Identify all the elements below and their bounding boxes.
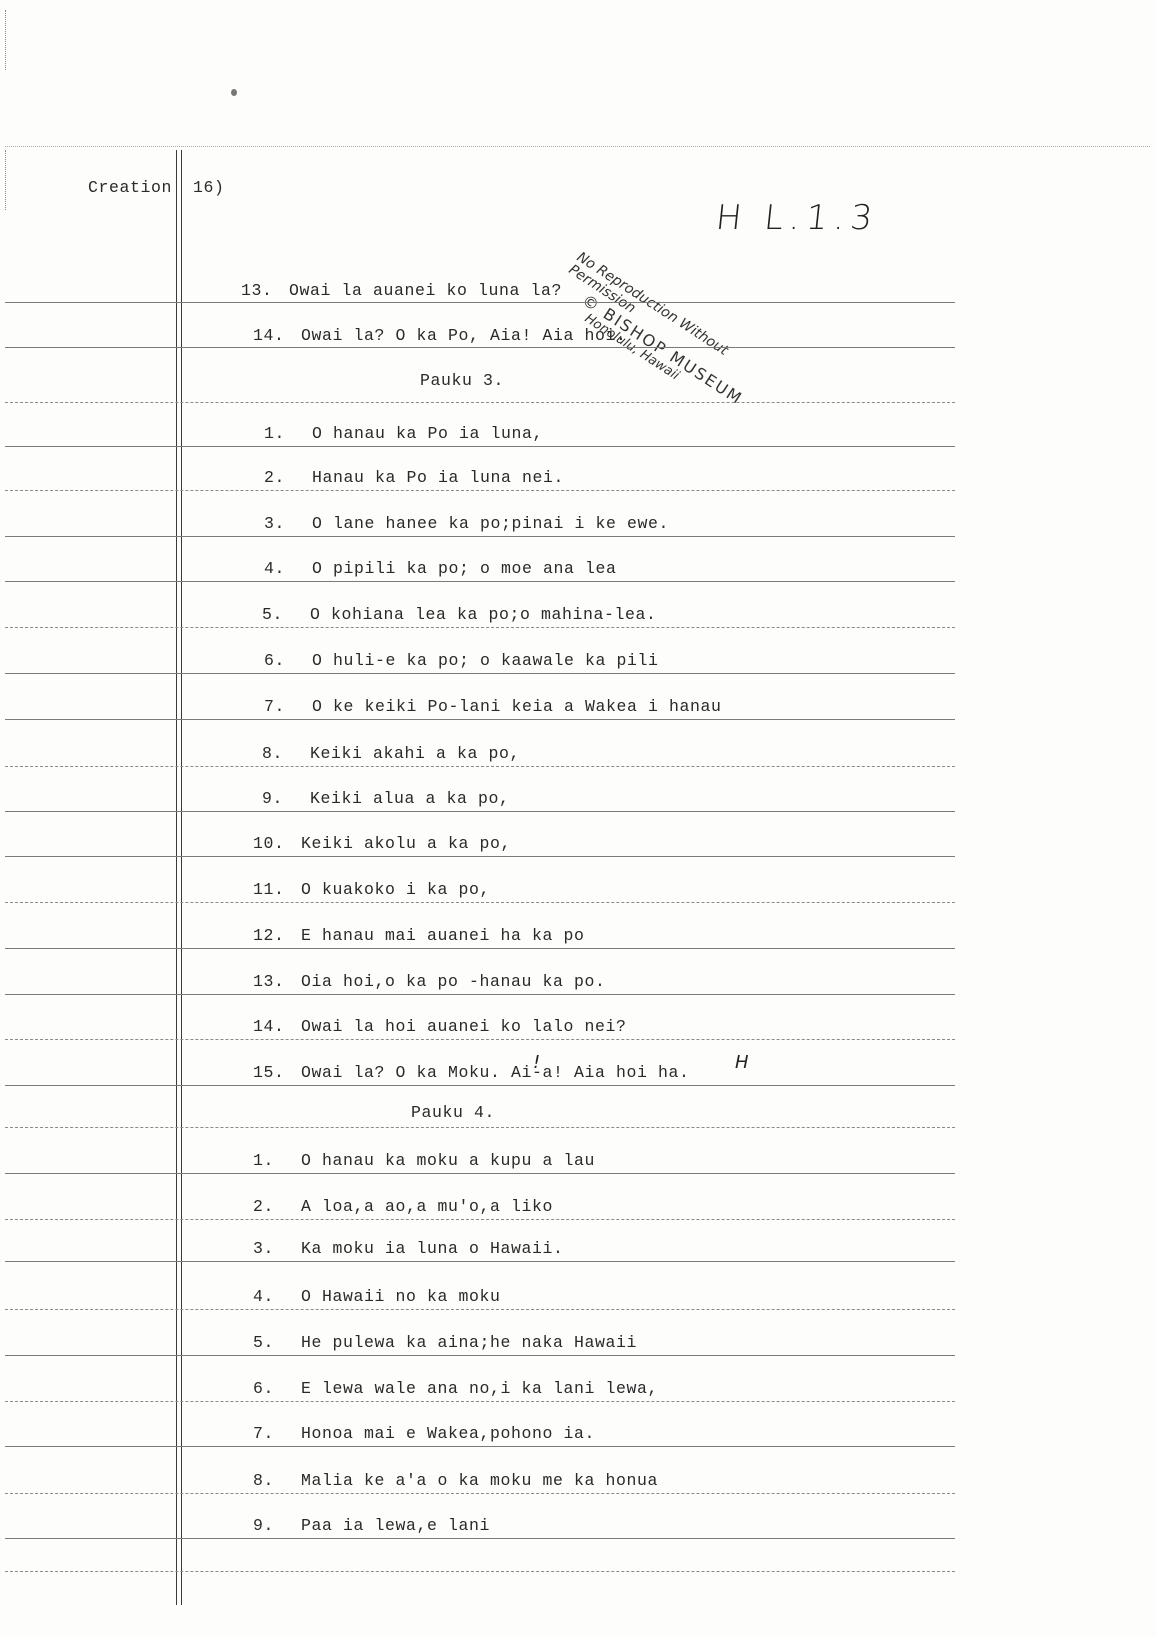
ruled-line [5,490,955,491]
line-number: 3. [253,1239,301,1258]
line-text: Owai la? O ka Po, Aia! Aia hoi. [301,326,627,345]
verse-line: 7.O ke keiki Po-lani keia a Wakea i hana… [264,697,722,716]
line-number: 8. [262,744,310,763]
line-number: 1. [264,424,312,443]
line-text: E lewa wale ana no,i ka lani lewa, [301,1379,658,1398]
verse-line: 2.Hanau ka Po ia luna nei. [264,468,564,487]
ruled-line [5,1538,955,1539]
line-number: 6. [253,1379,301,1398]
ruled-line [5,856,955,857]
ruled-line [5,1261,955,1262]
verse-line: 1.O hanau ka moku a kupu a lau [253,1151,595,1170]
line-text: Owai la? O ka Moku. Ai-a! Aia hoi ha. [301,1063,690,1082]
ruled-line [5,1039,955,1040]
section-title: Pauku 4. [411,1103,495,1122]
verse-line: 2.A loa,a ao,a mu'o,a liko [253,1197,553,1216]
verse-line: 13.Oia hoi,o ka po -hanau ka po. [253,972,606,991]
line-number: 12. [253,926,301,945]
line-text: Ka moku ia luna o Hawaii. [301,1239,564,1258]
ruled-line [5,1085,955,1086]
line-text: O lane hanee ka po;pinai i ke ewe. [312,514,669,533]
line-number: 2. [253,1197,301,1216]
handwritten-reference: H L.1.3 [714,198,880,238]
verse-line: 6.E lewa wale ana no,i ka lani lewa, [253,1379,658,1398]
line-number: 13. [253,972,301,991]
margin-line [176,150,177,1605]
ruled-line [5,302,955,303]
verse-line: 4.O pipili ka po; o moe ana lea [264,559,617,578]
line-text: O hanau ka Po ia luna, [312,424,543,443]
line-number: 15. [253,1063,301,1082]
line-number: 3. [264,514,312,533]
verse-line: 1.O hanau ka Po ia luna, [264,424,543,443]
line-number: 9. [253,1516,301,1535]
line-number: 7. [253,1424,301,1443]
line-text: O kuakoko i ka po, [301,880,490,899]
line-text: O ke keiki Po-lani keia a Wakea i hanau [312,697,722,716]
line-number: 6. [264,651,312,670]
verse-line: 10.Keiki akolu a ka po, [253,834,511,853]
ruled-line [5,581,955,582]
verse-line: 5.He pulewa ka aina;he naka Hawaii [253,1333,637,1352]
line-text: Malia ke a'a o ka moku me ka honua [301,1471,658,1490]
line-number: 7. [264,697,312,716]
verse-line: 15.Owai la? O ka Moku. Ai-a! Aia hoi ha. [253,1063,690,1082]
line-number: 5. [262,605,310,624]
line-text: Paa ia lewa,e lani [301,1516,490,1535]
line-number: 10. [253,834,301,853]
document-page: Creation 16) H L.1.3 No Reproduction Wit… [0,0,1156,1637]
handwritten-exclaim: ! [533,1052,540,1073]
ruled-line [5,536,955,537]
ruled-line [5,1309,955,1310]
line-text: Oia hoi,o ka po -hanau ka po. [301,972,606,991]
line-text: O pipili ka po; o moe ana lea [312,559,617,578]
ruled-line [5,673,955,674]
scan-edge [5,10,7,70]
verse-line: 8.Keiki akahi a ka po, [262,744,520,763]
ruled-line [5,1173,955,1174]
ruled-line [5,1219,955,1220]
ruled-line [5,1401,955,1402]
line-text: Owai la hoi auanei ko lalo nei? [301,1017,627,1036]
line-text: A loa,a ao,a mu'o,a liko [301,1197,553,1216]
verse-line: 14.Owai la hoi auanei ko lalo nei? [253,1017,627,1036]
ruled-line [5,627,955,628]
ruled-line [5,719,955,720]
ruled-line [5,1355,955,1356]
line-text: O Hawaii no ka moku [301,1287,501,1306]
verse-line: 13.Owai la auanei ko luna la? [241,281,562,300]
top-rule [5,146,1150,147]
verse-line: 11.O kuakoko i ka po, [253,880,490,899]
verse-line: 6.O huli-e ka po; o kaawale ka pili [264,651,659,670]
line-number: 1. [253,1151,301,1170]
ruled-line [5,948,955,949]
line-text: Owai la auanei ko luna la? [289,281,562,300]
line-text: Keiki akahi a ka po, [310,744,520,763]
line-text: Keiki akolu a ka po, [301,834,511,853]
line-text: E hanau mai auanei ha ka po [301,926,585,945]
ruled-line [5,446,955,447]
verse-line: 9.Keiki alua a ka po, [262,789,510,808]
line-number: 4. [264,559,312,578]
verse-line: 3.Ka moku ia luna o Hawaii. [253,1239,564,1258]
handwritten-mark: H [735,1052,749,1073]
ruled-line [5,402,955,403]
line-number: 13. [241,281,289,300]
ruled-line [5,902,955,903]
line-text: Hanau ka Po ia luna nei. [312,468,564,487]
verse-line: 4.O Hawaii no ka moku [253,1287,501,1306]
ruled-line [5,1571,955,1572]
section-title: Pauku 3. [420,371,504,390]
verse-line: 8.Malia ke a'a o ka moku me ka honua [253,1471,658,1490]
verse-line: 14.Owai la? O ka Po, Aia! Aia hoi. [253,326,627,345]
verse-line: 3.O lane hanee ka po;pinai i ke ewe. [264,514,669,533]
verse-line: 5.O kohiana lea ka po;o mahina-lea. [262,605,657,624]
line-number: 2. [264,468,312,487]
ruled-line [5,994,955,995]
line-text: O huli-e ka po; o kaawale ka pili [312,651,659,670]
verse-line: 9.Paa ia lewa,e lani [253,1516,490,1535]
ink-speck [231,89,237,96]
line-number: 14. [253,1017,301,1036]
line-number: 11. [253,880,301,899]
margin-line [181,150,182,1605]
header-label: Creation [88,178,172,197]
line-number: 4. [253,1287,301,1306]
ruled-line [5,1493,955,1494]
ruled-line [5,1446,955,1447]
ruled-line [5,1127,955,1128]
line-number: 14. [253,326,301,345]
ruled-line [5,347,955,348]
line-text: He pulewa ka aina;he naka Hawaii [301,1333,637,1352]
ruled-line [5,766,955,767]
line-number: 5. [253,1333,301,1352]
line-number: 9. [262,789,310,808]
line-text: O hanau ka moku a kupu a lau [301,1151,595,1170]
line-number: 8. [253,1471,301,1490]
verse-line: 7.Honoa mai e Wakea,pohono ia. [253,1424,595,1443]
line-text: O kohiana lea ka po;o mahina-lea. [310,605,657,624]
scan-edge [5,150,7,210]
verse-line: 12.E hanau mai auanei ha ka po [253,926,585,945]
line-text: Honoa mai e Wakea,pohono ia. [301,1424,595,1443]
line-text: Keiki alua a ka po, [310,789,510,808]
ruled-line [5,811,955,812]
page-number: 16) [193,178,225,197]
